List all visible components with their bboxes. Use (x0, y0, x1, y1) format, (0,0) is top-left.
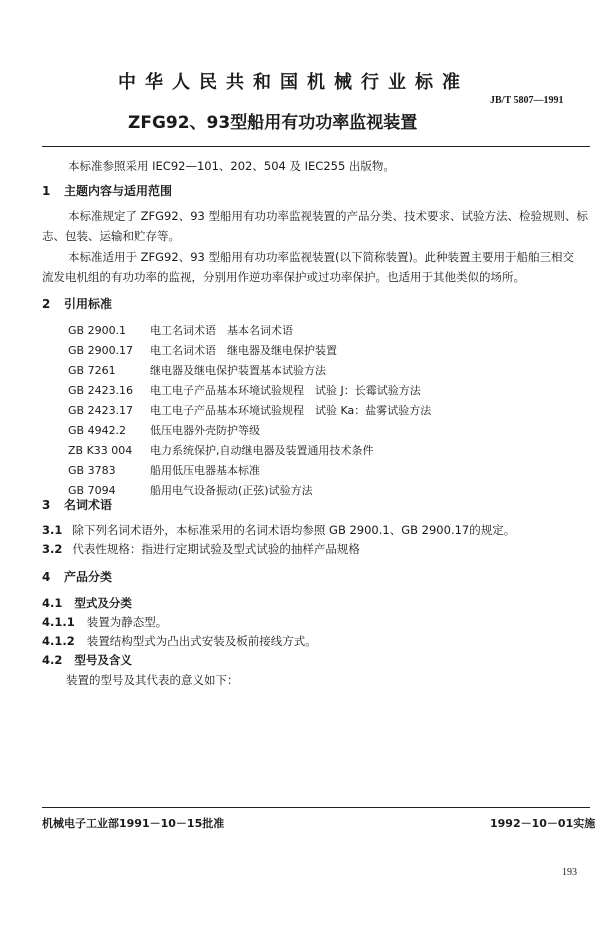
clause-text: 装置为静态型。 (87, 615, 168, 629)
reference-code: ZB K33 004 (68, 444, 150, 457)
section-title: 主题内容与适用范围 (64, 184, 172, 198)
reference-title: 电工名词术语 继电器及继电保护装置 (150, 344, 337, 357)
reference-title: 船用低压电器基本标准 (150, 464, 260, 477)
clause-4-2-heading: 4.2型号及含义 (42, 652, 132, 668)
reference-row: GB 2900.1电工名词术语 基本名词术语 (68, 322, 293, 338)
reference-row: GB 2423.17电工电子产品基本环境试验规程 试验 Ka：盐雾试验方法 (68, 402, 431, 418)
reference-code: GB 7261 (68, 364, 150, 377)
page-number: 193 (562, 867, 577, 878)
section-title: 名词术语 (64, 498, 112, 512)
section-title: 产品分类 (64, 570, 112, 584)
reference-title: 电工名词术语 基本名词术语 (150, 324, 293, 337)
section-2-heading: 2引用标准 (42, 295, 112, 312)
clause-text: 除下列名词术语外，本标准采用的名词术语均参照 GB 2900.1、GB 2900… (72, 523, 515, 537)
reference-row: GB 7261继电器及继电保护装置基本试验方法 (68, 362, 326, 378)
reference-code: GB 2423.17 (68, 404, 150, 417)
clause-number: 4.1.2 (42, 634, 75, 648)
reference-code: GB 2900.17 (68, 344, 150, 357)
clause-number: 3.1 (42, 523, 62, 537)
clause-4-1-1: 4.1.1装置为静态型。 (42, 614, 167, 630)
header-divider (42, 146, 590, 147)
reference-row: GB 2423.16电工电子产品基本环境试验规程 试验 J：长霉试验方法 (68, 382, 421, 398)
clause-4-2-text: 装置的型号及其代表的意义如下： (66, 672, 239, 688)
clause-number: 4.1.1 (42, 615, 75, 629)
reference-row: GB 4942.2低压电器外壳防护等级 (68, 422, 260, 438)
preface-text: 本标准参照采用 IEC92—101、202、504 及 IEC255 出版物。 (68, 158, 395, 174)
section-1-heading: 1主题内容与适用范围 (42, 182, 172, 199)
section-number: 2 (42, 297, 64, 311)
reference-title: 低压电器外壳防护等级 (150, 424, 260, 437)
reference-row: GB 2900.17电工名词术语 继电器及继电保护装置 (68, 342, 337, 358)
clause-text: 装置结构型式为凸出式安装及板前接线方式。 (87, 634, 317, 648)
document-title: ZFG92、93型船用有功功率监视装置 (128, 108, 417, 133)
clause-4-1-2: 4.1.2装置结构型式为凸出式安装及板前接线方式。 (42, 633, 317, 649)
reference-row: ZB K33 004电力系统保护,自动继电器及装置通用技术条件 (68, 442, 374, 458)
clause-3-2: 3.2代表性规格：指进行定期试验及型式试验的抽样产品规格 (42, 541, 360, 557)
section-4-heading: 4产品分类 (42, 568, 112, 585)
reference-title: 船用电气设备振动(正弦)试验方法 (150, 484, 313, 497)
standard-code: JB/T 5807—1991 (490, 95, 563, 106)
approval-date: 机械电子工业部1991－10－15批准 (42, 815, 224, 831)
reference-row: GB 3783船用低压电器基本标准 (68, 462, 260, 478)
clause-title: 型式及分类 (74, 596, 132, 610)
clause-text: 代表性规格：指进行定期试验及型式试验的抽样产品规格 (72, 542, 360, 556)
reference-title: 电工电子产品基本环境试验规程 试验 Ka：盐雾试验方法 (150, 404, 431, 417)
clause-number: 4.1 (42, 596, 62, 610)
section-title: 引用标准 (64, 297, 112, 311)
s1-para1-line2: 志、包装、运输和贮存等。 (42, 228, 180, 244)
clause-4-1-heading: 4.1型式及分类 (42, 595, 132, 611)
section-number: 3 (42, 498, 64, 512)
s1-para2-line1: 本标准适用于 ZFG92、93 型船用有功功率监视装置(以下简称装置)。此种装置… (68, 249, 574, 265)
s1-para2-line2: 流发电机组的有功功率的监视，分别用作逆功率保护或过功率保护。也适用于其他类似的场… (42, 269, 525, 285)
clause-title: 型号及含义 (74, 653, 132, 667)
section-number: 1 (42, 184, 64, 198)
reference-title: 电力系统保护,自动继电器及装置通用技术条件 (150, 444, 374, 457)
reference-code: GB 4942.2 (68, 424, 150, 437)
effective-date: 1992－10－01实施 (490, 815, 595, 831)
clause-3-1: 3.1除下列名词术语外，本标准采用的名词术语均参照 GB 2900.1、GB 2… (42, 522, 515, 538)
reference-code: GB 2423.16 (68, 384, 150, 397)
reference-title: 继电器及继电保护装置基本试验方法 (150, 364, 326, 377)
footer-divider (42, 807, 590, 808)
section-number: 4 (42, 570, 64, 584)
section-3-heading: 3名词术语 (42, 496, 112, 513)
clause-number: 4.2 (42, 653, 62, 667)
reference-code: GB 2900.1 (68, 324, 150, 337)
clause-number: 3.2 (42, 542, 62, 556)
reference-title: 电工电子产品基本环境试验规程 试验 J：长霉试验方法 (150, 384, 421, 397)
org-title: 中华人民共和国机械行业标准 (118, 68, 469, 94)
s1-para1-line1: 本标准规定了 ZFG92、93 型船用有功功率监视装置的产品分类、技术要求、试验… (68, 208, 588, 224)
reference-code: GB 3783 (68, 464, 150, 477)
